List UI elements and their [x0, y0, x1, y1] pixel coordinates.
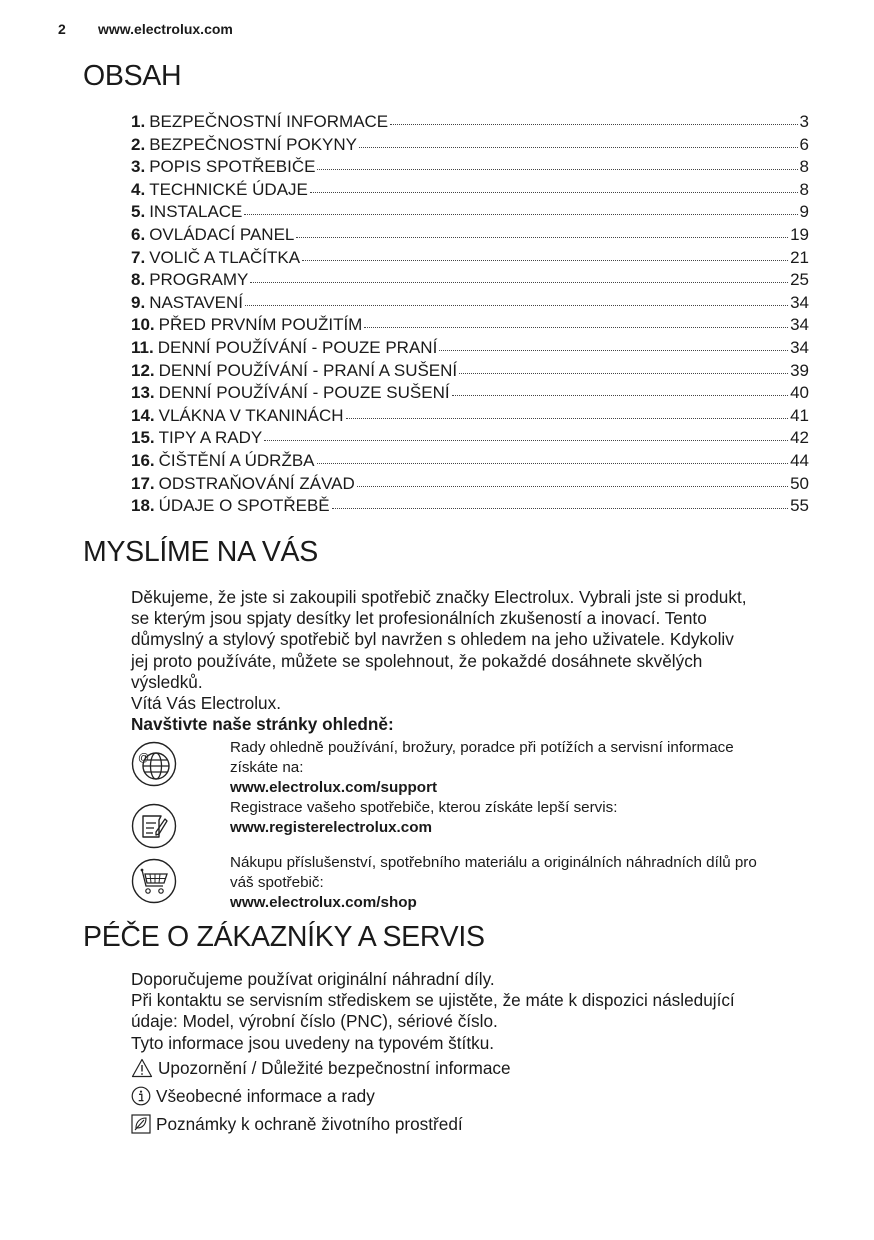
- toc-entry-title: PŘED PRVNÍM POUŽITÍM: [159, 314, 363, 337]
- toc-entry-page: 3: [800, 111, 809, 134]
- toc-entry-number: 8.: [131, 269, 145, 292]
- toc-entry-number: 1.: [131, 111, 145, 134]
- toc-entry-title: VOLIČ A TLAČÍTKA: [149, 247, 300, 270]
- toc-entry-number: 5.: [131, 201, 145, 224]
- legend-environment-text: Poznámky k ochraně životního prostředí: [156, 1113, 463, 1135]
- shop-description: váš spotřebič:: [230, 873, 830, 893]
- symbol-legend: Upozornění / Důležité bezpečnostní infor…: [131, 1054, 511, 1138]
- toc-entry-page: 9: [800, 201, 809, 224]
- shop-url-link[interactable]: www.electrolux.com/shop: [230, 893, 830, 913]
- toc-entry-number: 12.: [131, 360, 155, 383]
- legend-info: Všeobecné informace a rady: [131, 1082, 511, 1110]
- toc-entry-title: ÚDAJE O SPOTŘEBĚ: [159, 495, 330, 518]
- environment-leaf-icon: [131, 1114, 151, 1134]
- toc-entry-page: 40: [790, 382, 809, 405]
- legend-info-text: Všeobecné informace a rady: [156, 1085, 375, 1107]
- toc-entry[interactable]: 16.ČIŠTĚNÍ A ÚDRŽBA44: [131, 450, 809, 473]
- toc-entry-number: 3.: [131, 156, 145, 179]
- toc-entry[interactable]: 6.OVLÁDACÍ PANEL19: [131, 224, 809, 247]
- shop-link-text: Nákupu příslušenství, spotřebního materi…: [230, 853, 830, 913]
- toc-entry-page: 34: [790, 314, 809, 337]
- toc-leader-dots: [264, 440, 788, 441]
- toc-entry[interactable]: 5.INSTALACE9: [131, 201, 809, 224]
- toc-entry[interactable]: 13.DENNÍ POUŽÍVÁNÍ - POUZE SUŠENÍ40: [131, 382, 809, 405]
- toc-entry-title: OVLÁDACÍ PANEL: [149, 224, 294, 247]
- toc-entry-title: VLÁKNA V TKANINÁCH: [159, 405, 344, 428]
- shop-description: Nákupu příslušenství, spotřebního materi…: [230, 853, 830, 873]
- table-of-contents: 1.BEZPEČNOSTNÍ INFORMACE32.BEZPEČNOSTNÍ …: [131, 111, 809, 518]
- toc-leader-dots: [390, 124, 797, 125]
- welcome-text: Vítá Vás Electrolux.: [131, 693, 821, 714]
- toc-entry[interactable]: 18.ÚDAJE O SPOTŘEBĚ55: [131, 495, 809, 518]
- toc-entry[interactable]: 4.TECHNICKÉ ÚDAJE8: [131, 179, 809, 202]
- toc-entry-title: NASTAVENÍ: [149, 292, 243, 315]
- toc-leader-dots: [245, 305, 788, 306]
- intro-line: výsledků.: [131, 672, 821, 693]
- globe-at-icon: @: [131, 741, 177, 787]
- toc-entry-page: 34: [790, 337, 809, 360]
- toc-entry-title: PROGRAMY: [149, 269, 248, 292]
- toc-entry-page: 50: [790, 473, 809, 496]
- header-website: www.electrolux.com: [98, 21, 233, 37]
- toc-entry[interactable]: 3.POPIS SPOTŘEBIČE8: [131, 156, 809, 179]
- toc-entry-number: 4.: [131, 179, 145, 202]
- customer-service-title: PÉČE O ZÁKAZNÍKY A SERVIS: [83, 921, 485, 954]
- toc-entry[interactable]: 11.DENNÍ POUŽÍVÁNÍ - POUZE PRANÍ34: [131, 337, 809, 360]
- visit-label: Navštivte naše stránky ohledně:: [131, 714, 821, 735]
- warning-triangle-icon: [131, 1058, 153, 1078]
- toc-entry-page: 19: [790, 224, 809, 247]
- toc-entry-title: POPIS SPOTŘEBIČE: [149, 156, 315, 179]
- toc-entry-number: 10.: [131, 314, 155, 337]
- register-url-link[interactable]: www.registerelectrolux.com: [230, 818, 830, 838]
- toc-leader-dots: [250, 282, 788, 283]
- support-url-link[interactable]: www.electrolux.com/support: [230, 778, 830, 798]
- toc-entry-number: 15.: [131, 427, 155, 450]
- toc-title: OBSAH: [83, 60, 181, 93]
- toc-entry-number: 13.: [131, 382, 155, 405]
- toc-entry-number: 2.: [131, 134, 145, 157]
- toc-leader-dots: [244, 214, 797, 215]
- toc-entry-page: 39: [790, 360, 809, 383]
- toc-leader-dots: [302, 260, 788, 261]
- service-line: Tyto informace jsou uvedeny na typovém š…: [131, 1033, 821, 1054]
- legend-environment: Poznámky k ochraně životního prostředí: [131, 1110, 511, 1138]
- toc-entry[interactable]: 15.TIPY A RADY42: [131, 427, 809, 450]
- service-paragraph: Doporučujeme používat originální náhradn…: [131, 969, 821, 1054]
- toc-leader-dots: [357, 486, 788, 487]
- register-link-text: Registrace vašeho spotřebiče, kterou zís…: [230, 798, 830, 838]
- page-header: 2www.electrolux.com: [58, 21, 233, 37]
- service-line: Při kontaktu se servisním střediskem se …: [131, 990, 821, 1011]
- toc-entry-number: 7.: [131, 247, 145, 270]
- toc-entry-number: 17.: [131, 473, 155, 496]
- toc-entry-page: 8: [800, 156, 809, 179]
- info-circle-icon: [131, 1086, 151, 1106]
- toc-entry-number: 6.: [131, 224, 145, 247]
- toc-leader-dots: [332, 508, 788, 509]
- toc-entry-number: 16.: [131, 450, 155, 473]
- page-number: 2: [58, 21, 98, 37]
- toc-entry[interactable]: 9.NASTAVENÍ34: [131, 292, 809, 315]
- toc-entry-title: ODSTRAŇOVÁNÍ ZÁVAD: [159, 473, 355, 496]
- toc-leader-dots: [346, 418, 789, 419]
- toc-entry-title: TECHNICKÉ ÚDAJE: [149, 179, 308, 202]
- toc-entry[interactable]: 2.BEZPEČNOSTNÍ POKYNY6: [131, 134, 809, 157]
- intro-line: Děkujeme, že jste si zakoupili spotřebič…: [131, 587, 821, 608]
- support-description: získáte na:: [230, 758, 830, 778]
- toc-entry-title: DENNÍ POUŽÍVÁNÍ - PRANÍ A SUŠENÍ: [159, 360, 458, 383]
- toc-leader-dots: [452, 395, 789, 396]
- toc-entry[interactable]: 8.PROGRAMY25: [131, 269, 809, 292]
- toc-leader-dots: [317, 169, 797, 170]
- toc-leader-dots: [439, 350, 788, 351]
- toc-entry-page: 6: [800, 134, 809, 157]
- intro-line: jej proto používáte, můžete se spolehnou…: [131, 651, 821, 672]
- toc-entry-page: 25: [790, 269, 809, 292]
- toc-entry-page: 42: [790, 427, 809, 450]
- toc-entry-number: 14.: [131, 405, 155, 428]
- toc-entry-title: DENNÍ POUŽÍVÁNÍ - POUZE SUŠENÍ: [159, 382, 450, 405]
- service-line: Doporučujeme používat originální náhradn…: [131, 969, 821, 990]
- toc-entry-page: 55: [790, 495, 809, 518]
- legend-warning: Upozornění / Důležité bezpečnostní infor…: [131, 1054, 511, 1082]
- toc-entry-title: ČIŠTĚNÍ A ÚDRŽBA: [159, 450, 315, 473]
- register-document-icon: [131, 803, 177, 849]
- toc-entry-number: 18.: [131, 495, 155, 518]
- support-link-text: Rady ohledně používání, brožury, poradce…: [230, 738, 830, 798]
- toc-entry[interactable]: 10.PŘED PRVNÍM POUŽITÍM34: [131, 314, 809, 337]
- legend-warning-text: Upozornění / Důležité bezpečnostní infor…: [158, 1057, 511, 1079]
- service-line: údaje: Model, výrobní číslo (PNC), sério…: [131, 1011, 821, 1032]
- toc-entry-page: 21: [790, 247, 809, 270]
- toc-entry[interactable]: 17.ODSTRAŇOVÁNÍ ZÁVAD50: [131, 473, 809, 496]
- register-description: Registrace vašeho spotřebiče, kterou zís…: [230, 798, 830, 818]
- toc-leader-dots: [317, 463, 789, 464]
- toc-entry-page: 41: [790, 405, 809, 428]
- toc-leader-dots: [364, 327, 788, 328]
- toc-leader-dots: [459, 373, 788, 374]
- svg-text:@: @: [138, 752, 149, 764]
- shopping-cart-icon: [131, 858, 177, 904]
- toc-entry-title: BEZPEČNOSTNÍ POKYNY: [149, 134, 357, 157]
- toc-entry-title: BEZPEČNOSTNÍ INFORMACE: [149, 111, 388, 134]
- toc-entry-number: 11.: [131, 337, 154, 360]
- toc-entry-page: 34: [790, 292, 809, 315]
- thinking-of-you-title: MYSLÍME NA VÁS: [83, 536, 318, 569]
- toc-entry[interactable]: 1.BEZPEČNOSTNÍ INFORMACE3: [131, 111, 809, 134]
- support-description: Rady ohledně používání, brožury, poradce…: [230, 738, 830, 758]
- toc-leader-dots: [359, 147, 798, 148]
- toc-entry-title: TIPY A RADY: [159, 427, 263, 450]
- toc-entry-page: 44: [790, 450, 809, 473]
- toc-entry-title: INSTALACE: [149, 201, 242, 224]
- intro-line: důmyslný a stylový spotřebič byl navržen…: [131, 629, 821, 650]
- toc-entry-number: 9.: [131, 292, 145, 315]
- toc-entry-title: DENNÍ POUŽÍVÁNÍ - POUZE PRANÍ: [158, 337, 438, 360]
- toc-entry[interactable]: 14.VLÁKNA V TKANINÁCH41: [131, 405, 809, 428]
- toc-entry-page: 8: [800, 179, 809, 202]
- intro-paragraph: Děkujeme, že jste si zakoupili spotřebič…: [131, 587, 821, 735]
- toc-leader-dots: [296, 237, 788, 238]
- intro-line: se kterým jsou spjaty desítky let profes…: [131, 608, 821, 629]
- toc-leader-dots: [310, 192, 798, 193]
- toc-entry[interactable]: 7.VOLIČ A TLAČÍTKA21: [131, 247, 809, 270]
- toc-entry[interactable]: 12.DENNÍ POUŽÍVÁNÍ - PRANÍ A SUŠENÍ39: [131, 360, 809, 383]
